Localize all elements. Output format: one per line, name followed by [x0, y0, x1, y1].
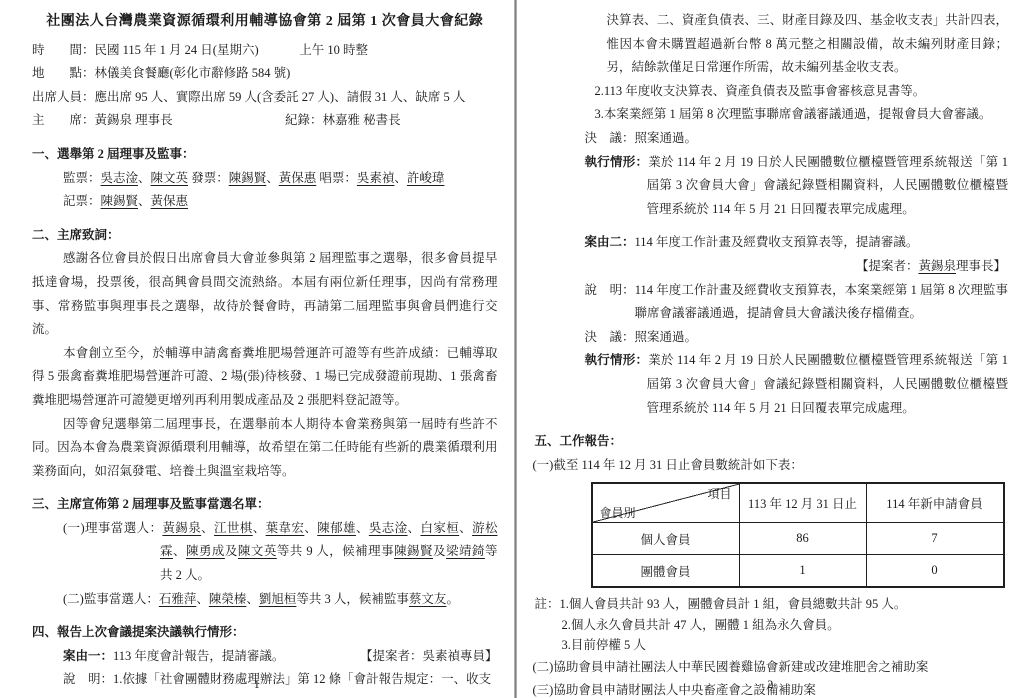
group-members-new-count: 0 — [866, 555, 1004, 588]
resolution-line: 決 議：照案通過。 — [585, 127, 1009, 151]
work-report-item-2: (二)協助會員申請社團法人中華民國養雞協會新建或改建堆肥舍之補助案 — [533, 656, 1009, 680]
execution-status-block: 執行情形：業於 114 年 2 月 19 日於人民團體數位櫃檯暨管理系統報送「第… — [585, 151, 1009, 222]
individual-members-new-count: 7 — [866, 523, 1004, 555]
spacer — [32, 483, 498, 493]
table-corner-cell: 項目 會員別 — [592, 483, 740, 523]
page-1-content: 社團法人台灣農業資源循環利用輔導協會第 2 屆第 1 次會員大會紀錄時 間：民國… — [32, 10, 498, 692]
ballot-staff-line: 記票：陳錫賢、黃保惠 — [63, 190, 498, 214]
chair-recorder-line: 主 席：黃錫泉 理事長紀錄：林嘉雅 秘書長 — [32, 109, 498, 133]
row-label-group-members: 團體會員 — [592, 555, 740, 588]
ballot-staff-line: 監票：吳志淦、陳文英 發票：陳錫賢、黃保惠 唱票：吳素禎、許峻瑋 — [63, 167, 498, 191]
section-4-heading: 四、報告上次會議提案決議執行情形： — [32, 621, 498, 645]
table-corner-item-label: 項目 — [707, 485, 731, 502]
explanation-item-2: 2.113 年度收支決算表、資產負債表及監事會審核意見書等。 — [595, 80, 1009, 104]
group-members-count: 1 — [739, 555, 866, 588]
speech-paragraph: 感謝各位會員於假日出席會員大會並參與第 2 屆理監事之選舉，很多會員提早抵達會場… — [32, 247, 498, 341]
explanation-item-3: 3.本案業經第 1 屆第 8 次理監事聯席會議審議通過，提報會員大會審議。 — [595, 103, 1009, 127]
speech-paragraph: 本會創立至今，於輔導申請禽畜糞堆肥場營運許可證等有些許成績：已輔導取得 5 張禽… — [32, 342, 498, 413]
resolution-line: 決 議：照案通過。 — [585, 326, 1009, 350]
document-title: 社團法人台灣農業資源循環利用輔導協會第 2 屆第 1 次會員大會紀錄 — [32, 10, 498, 34]
elected-supervisors-line: (二)監事當選人：石雅萍、陳榮榛、劉旭桓等共 3 人，候補監事蔡文友。 — [63, 588, 498, 612]
case-2-line: 案由二：114 年度工作計畫及經費收支預算表等，提請審議。 — [585, 231, 1009, 255]
table-row: 團體會員 1 0 — [592, 555, 1004, 588]
case-2-proposer-line: 【提案者：黃錫泉理事長】 — [533, 255, 1009, 279]
table-header-row: 項目 會員別 113 年 12 月 31 日止 114 年新申請會員 — [592, 483, 1004, 523]
spacer — [32, 214, 498, 224]
member-stats-table: 項目 會員別 113 年 12 月 31 日止 114 年新申請會員 個人會員 … — [591, 482, 1005, 588]
individual-members-count: 86 — [739, 523, 866, 555]
execution-status-block: 執行情形：業於 114 年 2 月 19 日於人民團體數位櫃檯暨管理系統報送「第… — [585, 349, 1009, 420]
work-report-item-1: (一)截至 114 年 12 月 31 日止會員數統計如下表： — [533, 454, 1009, 478]
document-scan: 社團法人台灣農業資源循環利用輔導協會第 2 屆第 1 次會員大會紀錄時 間：民國… — [0, 0, 1024, 698]
meeting-time-line: 時 間：民國 115 年 1 月 24 日(星期六) 上午 10 時整 — [32, 39, 498, 63]
spacer — [533, 221, 1009, 231]
table-note-2: 2.個人永久會員共計 47 人，團體 1 組為永久會員。 — [562, 615, 1009, 636]
page-2-content-top: 決算表、二、資產負債表、三、財產目錄及四、基金收支表」共計四表，惟因本會未購置超… — [533, 9, 1009, 477]
explanation-continuation: 決算表、二、資產負債表、三、財產目錄及四、基金收支表」共計四表，惟因本會未購置超… — [607, 9, 1009, 80]
table-column-header: 114 年新申請會員 — [866, 483, 1004, 523]
table-note-3: 3.目前停權 5 人 — [562, 635, 1009, 656]
page-number-2: 2 — [517, 677, 1024, 692]
case-1-line: 案由一：113 年度會計報告，提請審議。【提案者：吳素禎專員】 — [63, 645, 498, 669]
table-note-1: 註：1.個人會員共計 93 人，團體會員計 1 組，會員總數共計 95 人。 — [535, 594, 1009, 615]
section-1-heading: 一、選舉第 2 屆理事及監事： — [32, 143, 498, 167]
row-label-individual-members: 個人會員 — [592, 523, 740, 555]
elected-directors-line: (一)理事當選人：黃錫泉、江世棋、葉韋宏、陳郁雄、吳志淦、白家桓、游松霖、陳勇成… — [63, 517, 498, 588]
meeting-place-line: 地 點：林儀美食餐廳(彰化市辭修路 584 號) — [32, 62, 498, 86]
table-column-header: 113 年 12 月 31 日止 — [739, 483, 866, 523]
spacer — [32, 133, 498, 143]
page-2: 決算表、二、資產負債表、三、財產目錄及四、基金收支表」共計四表，惟因本會未購置超… — [517, 0, 1024, 698]
table-corner-member-type-label: 會員別 — [600, 504, 636, 521]
section-3-heading: 三、主席宣佈第 2 屆理事及監事當選名單： — [32, 493, 498, 517]
spacer — [32, 611, 498, 621]
attendance-line: 出席人員：應出席 95 人、實際出席 59 人(含委託 27 人)、請假 31 … — [32, 86, 498, 110]
case-2-explanation-block: 說 明：114 年度工作計畫及經費收支預算表，本案業經第 1 屆第 8 次理監事… — [585, 279, 1009, 326]
spacer — [533, 420, 1009, 430]
section-2-heading: 二、主席致詞： — [32, 224, 498, 248]
speech-paragraph: 因等會兒選舉第二屆理事長，在選舉前本人期待本會業務與第一屆時有些許不同。因為本會… — [32, 413, 498, 484]
section-5-heading: 五、工作報告： — [535, 430, 1009, 454]
page-1: 社團法人台灣農業資源循環利用輔導協會第 2 屆第 1 次會員大會紀錄時 間：民國… — [0, 0, 514, 698]
page-number-1: 1 — [0, 677, 514, 692]
table-row: 個人會員 86 7 — [592, 523, 1004, 555]
